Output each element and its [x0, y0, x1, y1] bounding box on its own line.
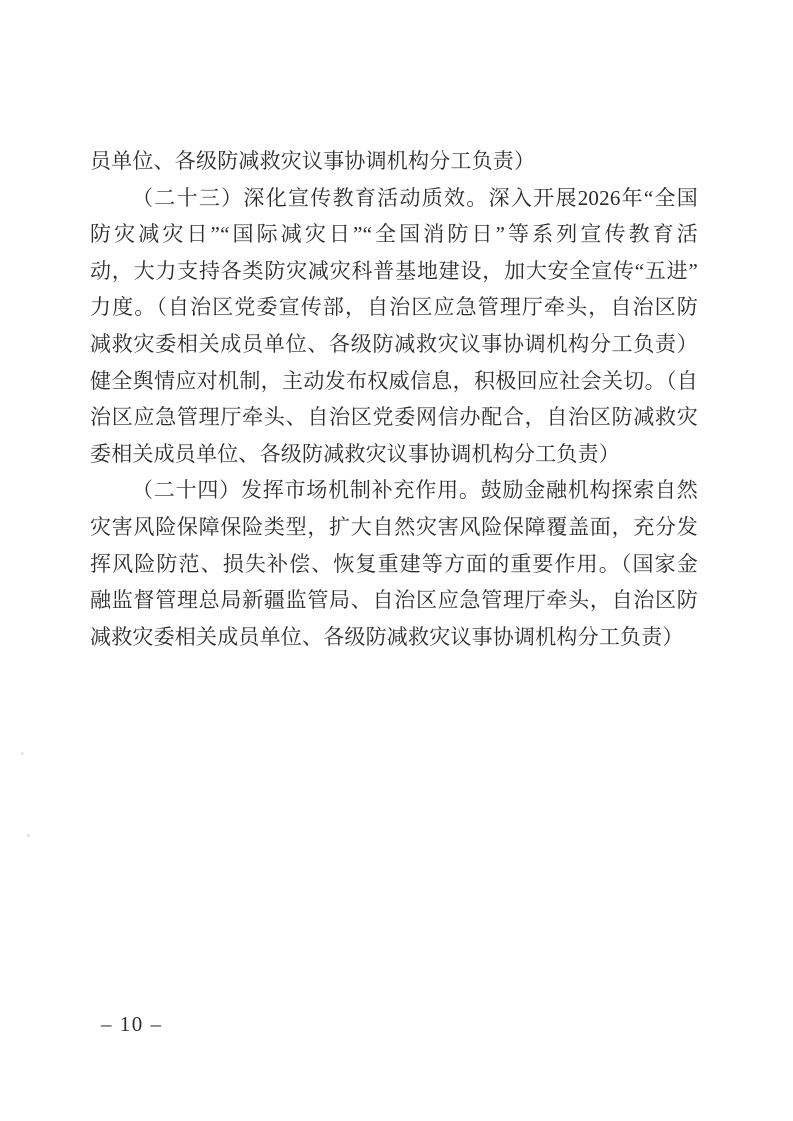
text-line: 防灾减灾日”“国际减灾日”“全国消防日”等系列宣传教育活	[90, 216, 698, 253]
paragraph: 员单位、各级防减救灾议事协调机构分工负责）	[90, 143, 698, 180]
text-line: （二十四）发挥市场机制补充作用。鼓励金融机构探索自然	[90, 472, 698, 509]
text-line: （二十三）深化宣传教育活动质效。深入开展2026年“全国	[90, 180, 698, 217]
text-line: 灾害风险保障保险类型，扩大自然灾害风险保障覆盖面，充分发	[90, 509, 698, 546]
page-footer: – 10 –	[101, 1009, 163, 1039]
scan-speck	[21, 752, 24, 755]
scan-speck	[27, 834, 30, 837]
text-line: 员单位、各级防减救灾议事协调机构分工负责）	[90, 143, 698, 180]
text-line: 健全舆情应对机制，主动发布权威信息，积极回应社会关切。（自	[90, 363, 698, 400]
document-body: 员单位、各级防减救灾议事协调机构分工负责）（二十三）深化宣传教育活动质效。深入开…	[90, 143, 698, 655]
text-line: 融监督管理总局新疆监管局、自治区应急管理厅牵头，自治区防	[90, 582, 698, 619]
text-line: 治区应急管理厅牵头、自治区党委网信办配合，自治区防减救灾	[90, 399, 698, 436]
text-line: 挥风险防范、损失补偿、恢复重建等方面的重要作用。（国家金	[90, 546, 698, 583]
page-number: – 10 –	[101, 1012, 163, 1036]
text-line: 减救灾委相关成员单位、各级防减救灾议事协调机构分工负责）	[90, 619, 698, 656]
text-line: 动，大力支持各类防灾减灾科普基地建设，加大安全宣传“五进”	[90, 253, 698, 290]
text-line: 力度。（自治区党委宣传部，自治区应急管理厅牵头，自治区防	[90, 289, 698, 326]
paragraph: （二十四）发挥市场机制补充作用。鼓励金融机构探索自然灾害风险保障保险类型，扩大自…	[90, 472, 698, 655]
document-page: 员单位、各级防减救灾议事协调机构分工负责）（二十三）深化宣传教育活动质效。深入开…	[0, 0, 793, 1121]
paragraph: （二十三）深化宣传教育活动质效。深入开展2026年“全国防灾减灾日”“国际减灾日…	[90, 180, 698, 473]
text-line: 委相关成员单位、各级防减救灾议事协调机构分工负责）	[90, 436, 698, 473]
text-line: 减救灾委相关成员单位、各级防减救灾议事协调机构分工负责）	[90, 326, 698, 363]
